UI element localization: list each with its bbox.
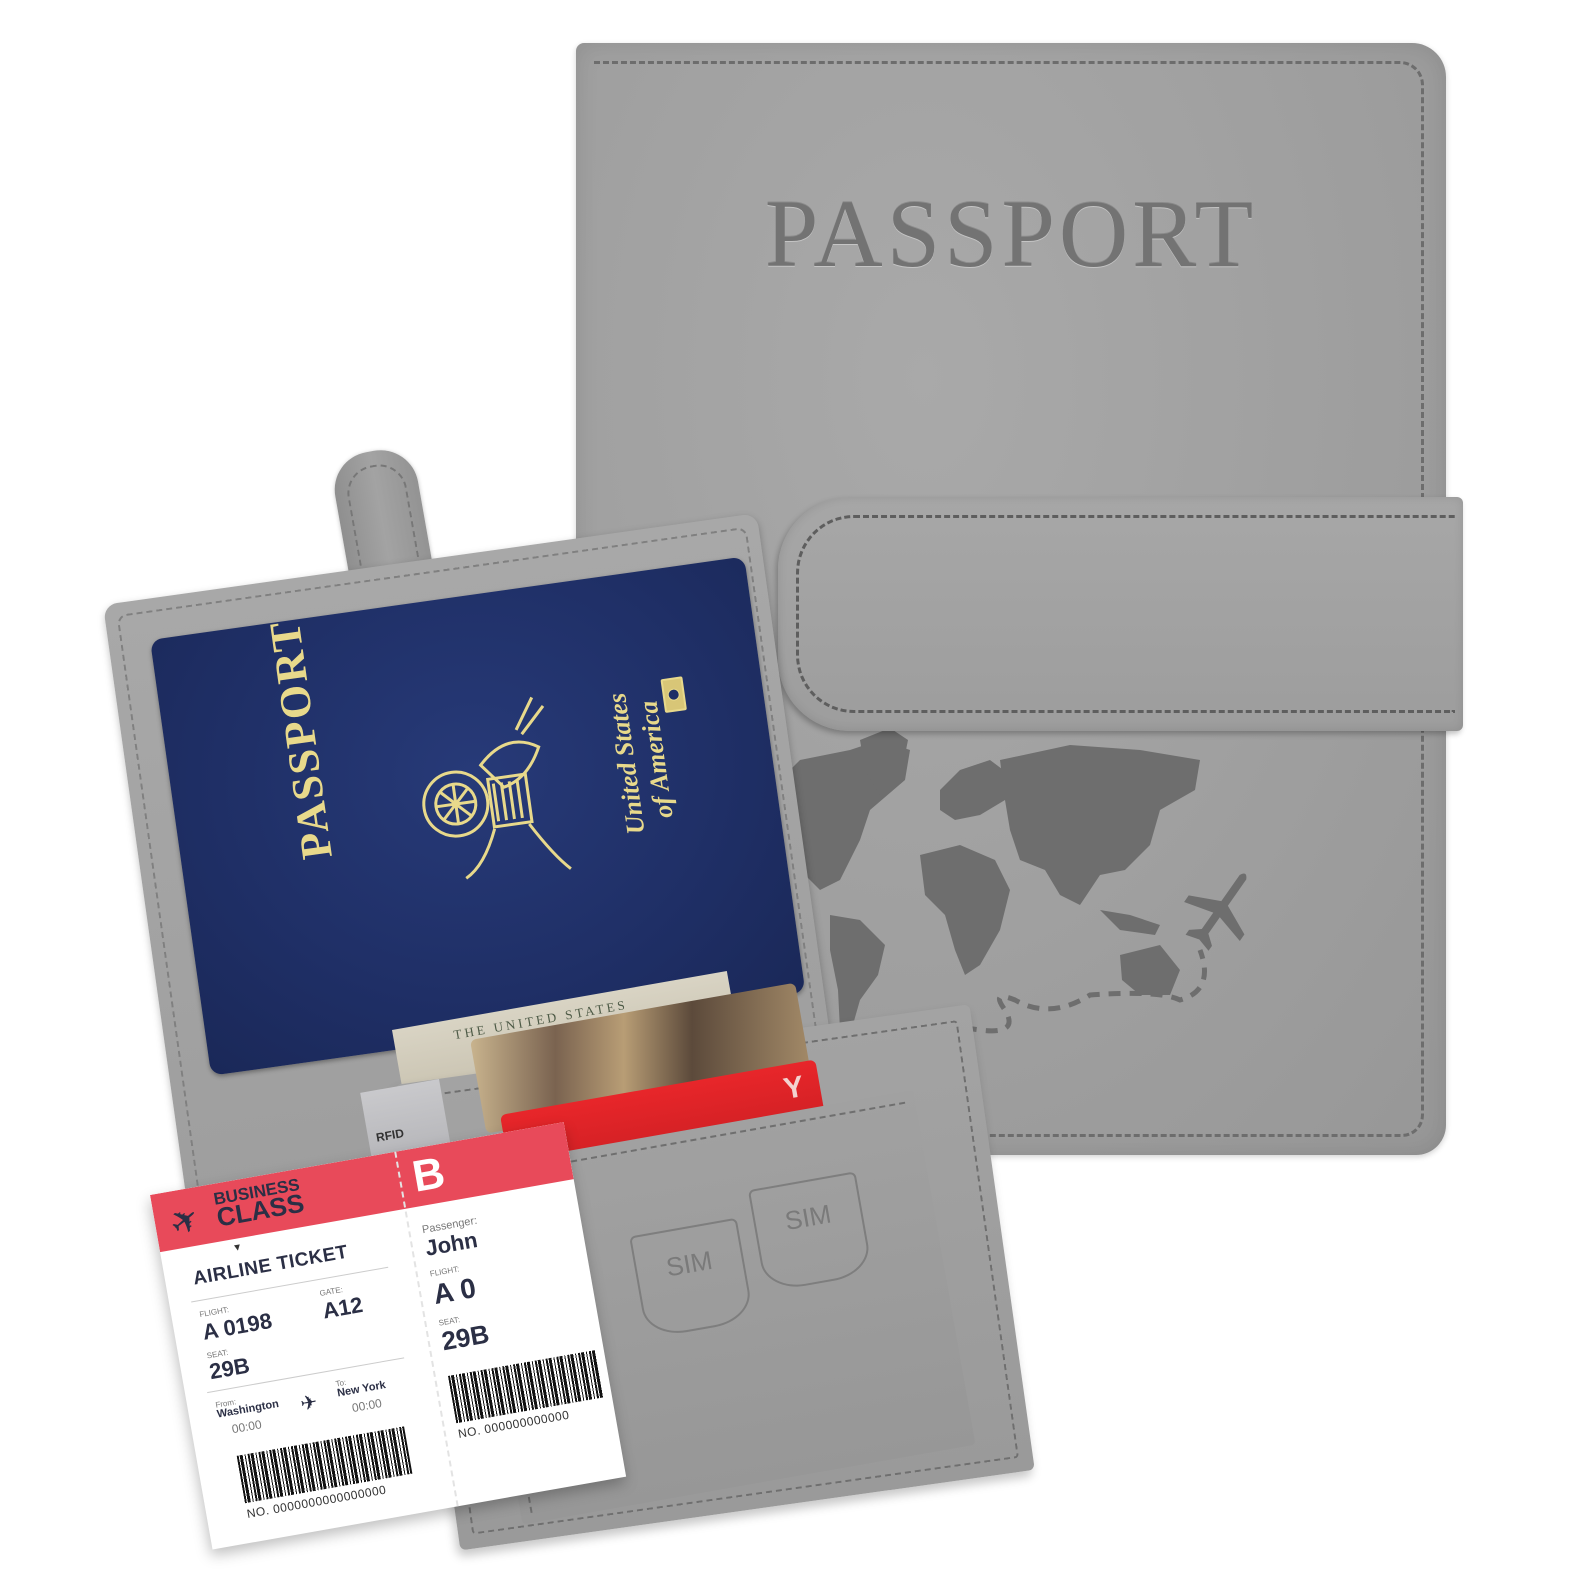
stub-seat-number: 29B — [439, 1318, 491, 1357]
sim-slot-1-label: SIM — [664, 1245, 715, 1283]
boarding-pass: ✈ BUSINESS CLASS B ▼ AIRLINE TICKET FLIG… — [150, 1122, 626, 1549]
red-card-letter: Y — [781, 1070, 807, 1107]
from-time: 00:00 — [231, 1417, 263, 1436]
world-map-icon — [760, 700, 1320, 1050]
gate-number: A12 — [321, 1292, 365, 1325]
cover-embossed-title: PASSPORT — [576, 178, 1446, 289]
stub-barcode — [448, 1350, 604, 1423]
ticket-title: AIRLINE TICKET — [191, 1242, 349, 1291]
caret-down-icon: ▼ — [232, 1242, 244, 1255]
snap-closure-strap[interactable] — [778, 497, 1463, 731]
to-time: 00:00 — [351, 1396, 383, 1415]
airplane-icon — [1169, 854, 1273, 962]
great-seal-icon — [382, 683, 588, 906]
biometric-chip-icon — [660, 676, 687, 713]
rfid-label: RFID — [375, 1126, 405, 1145]
seat-number: 29B — [207, 1353, 251, 1386]
airplane-icon: ✈ — [299, 1389, 320, 1417]
passport-book-title: PASSPORT — [259, 617, 343, 863]
sim-slot-2-label: SIM — [783, 1199, 834, 1237]
stub-flight-number: A 0 — [431, 1272, 478, 1311]
strap-stitching — [796, 515, 1455, 713]
